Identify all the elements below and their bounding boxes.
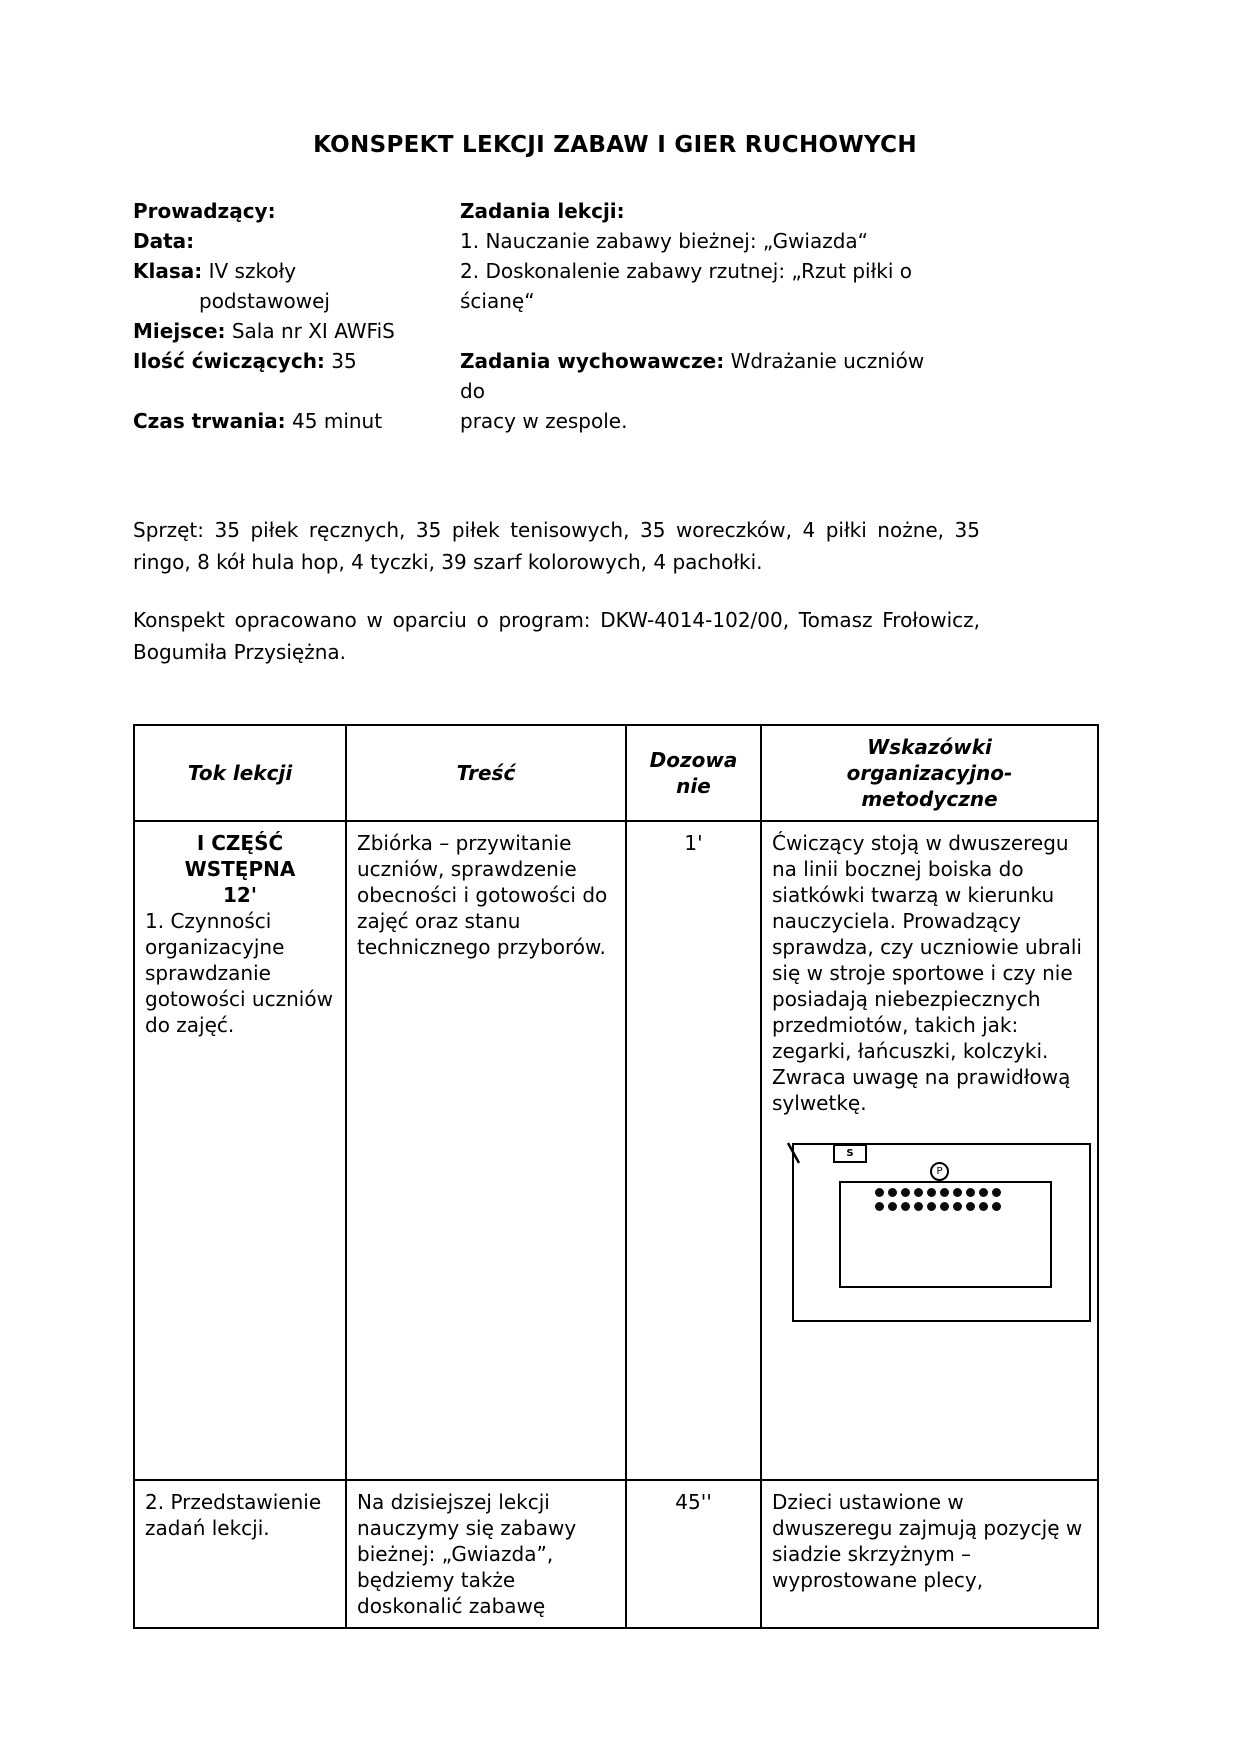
student-dot	[979, 1202, 988, 1211]
cell-tresc: Na dzisiejszej lekcji nauczymy się zabaw…	[346, 1480, 626, 1628]
header-dozowanie: Dozowanie	[626, 725, 761, 821]
door-slash-icon	[784, 1141, 808, 1167]
header-wskazowki: Wskazówki organizacyjno-metodyczne	[761, 725, 1098, 821]
student-dot	[979, 1188, 988, 1197]
info-line	[460, 316, 1097, 346]
info-value: podstawowej	[199, 289, 330, 313]
cell-text: Ćwiczący stoją w dwuszeregu na linii boc…	[772, 830, 1087, 1116]
table-row: 2. Przedstawienie zadań lekcji. Na dzisi…	[134, 1480, 1098, 1628]
student-dot	[901, 1188, 910, 1197]
student-dot	[901, 1202, 910, 1211]
info-line: 1. Nauczanie zabawy bieżnej: „Gwiazda“	[460, 226, 1097, 256]
student-dot	[875, 1202, 884, 1211]
student-dot	[940, 1202, 949, 1211]
info-value: 2. Doskonalenie zabawy rzutnej: „Rzut pi…	[460, 259, 912, 283]
info-value: 45 minut	[286, 409, 382, 433]
cell-tok-lekcji: I CZĘŚĆ WSTĘPNA 12' 1. Czynności organiz…	[134, 821, 346, 1480]
cell-text: 2. Przedstawienie zadań lekcji.	[145, 1489, 335, 1541]
info-line: Zadania lekcji:	[460, 196, 1097, 226]
student-dot	[927, 1202, 936, 1211]
header-info: Prowadzący: Data: Klasa: IV szkoły podst…	[133, 196, 1097, 436]
student-dot	[888, 1188, 897, 1197]
info-label: Zadania wychowawcze:	[460, 349, 724, 373]
cell-dozowanie: 45''	[626, 1480, 761, 1628]
program-paragraph: Konspekt opracowano w oparciu o program:…	[133, 604, 980, 668]
teacher-marker: P	[930, 1162, 949, 1181]
info-value: do	[460, 379, 485, 403]
student-dot	[992, 1188, 1001, 1197]
student-dot	[875, 1188, 884, 1197]
info-column-left: Prowadzący: Data: Klasa: IV szkoły podst…	[133, 196, 460, 436]
students-dots	[875, 1188, 1050, 1216]
cell-text: Zbiórka – przywitanie uczniów, sprawdzen…	[357, 830, 615, 960]
cell-text: 1. Czynności organizacyjne sprawdzanie g…	[145, 908, 335, 1038]
table-header-row: Tok lekcji Treść Dozowanie Wskazówki org…	[134, 725, 1098, 821]
info-line: Prowadzący:	[133, 196, 460, 226]
info-line: Zadania wychowawcze: Wdrażanie uczniów	[460, 346, 1097, 376]
info-column-right: Zadania lekcji: 1. Nauczanie zabawy bież…	[460, 196, 1097, 436]
student-dot	[927, 1188, 936, 1197]
gym-outline: S P	[792, 1143, 1091, 1322]
info-label: Zadania lekcji:	[460, 199, 625, 223]
info-line: Ilość ćwiczących: 35	[133, 346, 460, 376]
student-dot	[888, 1202, 897, 1211]
info-label: Klasa:	[133, 259, 202, 283]
info-line: 2. Doskonalenie zabawy rzutnej: „Rzut pi…	[460, 256, 1097, 286]
document-page: KONSPEKT LEKCJI ZABAW I GIER RUCHOWYCH P…	[133, 132, 1097, 1629]
cell-text: Na dzisiejszej lekcji nauczymy się zabaw…	[357, 1489, 615, 1619]
header-tresc: Treść	[346, 725, 626, 821]
entrance-box: S	[833, 1144, 867, 1163]
info-value: IV szkoły	[202, 259, 296, 283]
student-dot	[966, 1188, 975, 1197]
info-line: ścianę“	[460, 286, 1097, 316]
cell-text: 1'	[637, 830, 750, 856]
info-line: do	[460, 376, 1097, 406]
student-dot	[992, 1202, 1001, 1211]
student-dot	[914, 1202, 923, 1211]
info-value: Wdrażanie uczniów	[724, 349, 924, 373]
info-label: Ilość ćwiczących:	[133, 349, 325, 373]
info-value: Sala nr XI AWFiS	[226, 319, 395, 343]
table-row: I CZĘŚĆ WSTĘPNA 12' 1. Czynności organiz…	[134, 821, 1098, 1480]
student-dot	[914, 1188, 923, 1197]
info-label: Prowadzący:	[133, 199, 276, 223]
info-line: Czas trwania: 45 minut	[133, 406, 460, 436]
info-line: Data:	[133, 226, 460, 256]
cell-tok-lekcji: 2. Przedstawienie zadań lekcji.	[134, 1480, 346, 1628]
info-line: Miejsce: Sala nr XI AWFiS	[133, 316, 460, 346]
info-line: Klasa: IV szkoły	[133, 256, 460, 286]
formation-diagram: S P	[792, 1143, 1091, 1322]
cell-text: 45''	[637, 1489, 750, 1515]
info-line: podstawowej	[133, 286, 460, 316]
cell-dozowanie: 1'	[626, 821, 761, 1480]
info-label: Data:	[133, 229, 194, 253]
info-label: Czas trwania:	[133, 409, 286, 433]
header-tok-lekcji: Tok lekcji	[134, 725, 346, 821]
student-dot	[953, 1188, 962, 1197]
info-value: 35	[325, 349, 357, 373]
student-dot	[953, 1202, 962, 1211]
info-value: 1. Nauczanie zabawy bieżnej: „Gwiazda“	[460, 229, 868, 253]
student-dot-row	[875, 1202, 1050, 1216]
page-title: KONSPEKT LEKCJI ZABAW I GIER RUCHOWYCH	[133, 132, 1097, 158]
court-outline	[839, 1181, 1052, 1288]
equipment-paragraph: Sprzęt: 35 piłek ręcznych, 35 piłek teni…	[133, 514, 980, 578]
student-dot	[966, 1202, 975, 1211]
section-heading: I CZĘŚĆ WSTĘPNA 12'	[145, 830, 335, 908]
cell-wskazowki: Ćwiczący stoją w dwuszeregu na linii boc…	[761, 821, 1098, 1480]
info-line	[133, 376, 460, 406]
info-line: pracy w zespole.	[460, 406, 1097, 436]
student-dot-row	[875, 1188, 1050, 1202]
student-dot	[940, 1188, 949, 1197]
info-value: pracy w zespole.	[460, 409, 627, 433]
cell-text: Dzieci ustawione w dwuszeregu zajmują po…	[772, 1489, 1087, 1593]
lesson-plan-table: Tok lekcji Treść Dozowanie Wskazówki org…	[133, 724, 1099, 1629]
info-value: ścianę“	[460, 289, 535, 313]
cell-tresc: Zbiórka – przywitanie uczniów, sprawdzen…	[346, 821, 626, 1480]
info-label: Miejsce:	[133, 319, 226, 343]
cell-wskazowki: Dzieci ustawione w dwuszeregu zajmują po…	[761, 1480, 1098, 1628]
